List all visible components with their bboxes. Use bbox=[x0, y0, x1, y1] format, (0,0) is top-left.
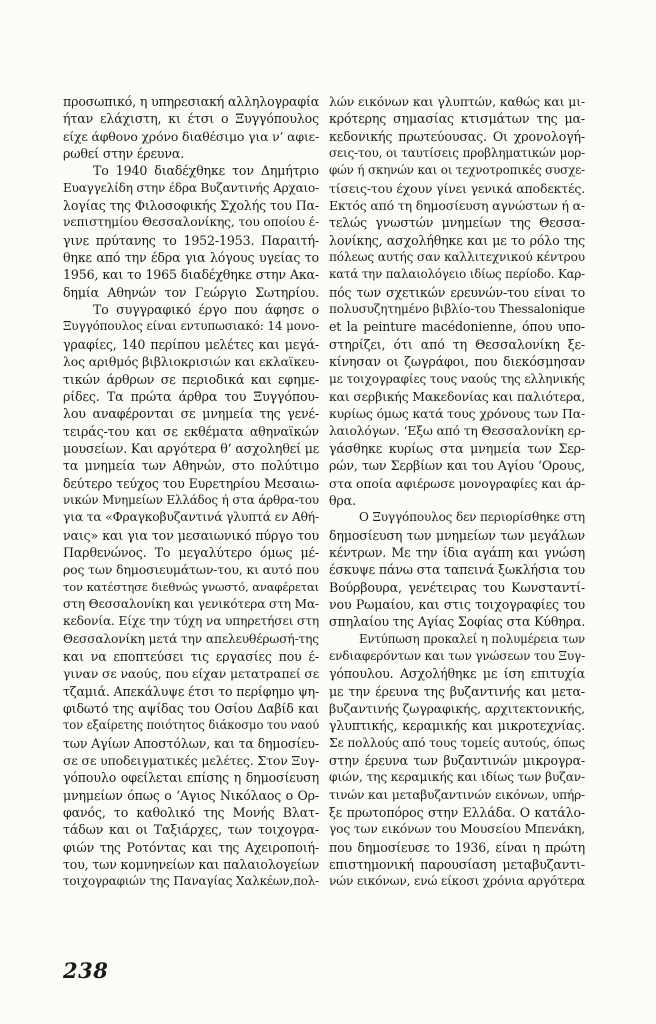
text-line: φών ή σκηνών και οι τεχνοτροπικές συσχε- bbox=[329, 162, 585, 179]
text-line: τελώς γνωστών μνημείων της Θεσσα- bbox=[329, 214, 585, 231]
text-line: φιών, της κεραμικής και ιδίως των βυζαν- bbox=[329, 769, 585, 786]
text-line: είχε άφθονο χρόνο διαθέσιμο για ν’ αφιε- bbox=[63, 128, 319, 145]
text-line: προσωπικό, η υπηρεσιακή αλληλογραφία bbox=[63, 93, 319, 110]
text-line: νεπιστημίου Θεσσαλονίκης, του οποίου έ- bbox=[63, 214, 319, 231]
text-line: ναις» και για τον μεσαιωνικό πύργο του bbox=[63, 527, 319, 544]
text-line: των Αγίων Αποστόλων, και τα δημοσίευ- bbox=[63, 735, 319, 752]
text-line: γάσθηκε κυρίως στα μνημεία των Σερ- bbox=[329, 440, 585, 457]
text-line: και σερβικής Μακεδονίας και παλιότερα, bbox=[329, 388, 585, 405]
text-line: γος των εικόνων του Μουσείου Μπενάκη, bbox=[329, 821, 585, 838]
text-line: Ευαγγελίδη στην έδρα Βυζαντινής Αρχαιο- bbox=[63, 180, 319, 197]
text-line: λου αναφέρονται σε μνημεία της γενέ- bbox=[63, 405, 319, 422]
text-line: τάδων και οι Ταξιάρχες, των τοιχογρα- bbox=[63, 821, 319, 838]
text-line: Εκτός από τη δημοσίευση αγνώστων ή α- bbox=[329, 197, 585, 214]
text-line: γραφίες, 140 περίπου μελέτες και μεγά- bbox=[63, 336, 319, 353]
text-line: κεδονικής πρωτεύουσας. Οι χρονολογή- bbox=[329, 128, 585, 145]
text-line: Το συγγραφικό έργο που άφησε ο bbox=[63, 301, 319, 318]
text-line: σεις-του, οι ταυτίσεις προβληματικών μορ… bbox=[329, 145, 585, 162]
text-line: Το 1940 διαδέχθηκε τον Δημήτριο bbox=[63, 162, 319, 179]
text-line: λονίκης, ασχολήθηκε και με το ρόλο της bbox=[329, 232, 585, 249]
text-line: επιστημονική παρουσίαση μεταβυζαντι- bbox=[329, 856, 585, 873]
text-line: νών εικόνων, ενώ είκοσι χρόνια αργότερα bbox=[329, 873, 585, 890]
text-line: δημία Αθηνών τον Γεώργιο Σωτηρίου. bbox=[63, 284, 319, 301]
text-line: μουσείων. Και αργότερα θ’ ασχοληθεί με bbox=[63, 440, 319, 457]
text-line: με τοιχογραφίες τους ναούς της ελληνικής bbox=[329, 371, 585, 388]
text-line: νικών Μνημείων Ελλάδος ή στα άρθρα-του bbox=[63, 492, 319, 509]
text-line: Θεσσαλονίκη μετά την απελευθέρωσή-της bbox=[63, 631, 319, 648]
right-text-column: λών εικόνων και γλυπτών, καθώς και μι-κρ… bbox=[329, 93, 585, 891]
text-line: λος αριθμός βιβλιοκρισιών και εκλαϊκευ- bbox=[63, 353, 319, 370]
text-line: πολυσυζητημένο βιβλίο-του Thessalonique bbox=[329, 301, 585, 318]
text-line: 1956, και το 1965 διαδέχθηκε στην Ακα- bbox=[63, 266, 319, 283]
text-line: στην έρευνα των βυζαντινών μικρογρα- bbox=[329, 752, 585, 769]
text-line: μνημείων όπως ο ‘Αγιος Νικόλαος ο Ορ- bbox=[63, 787, 319, 804]
left-text-column: προσωπικό, η υπηρεσιακή αλληλογραφίαήταν… bbox=[63, 93, 319, 891]
text-line: Εντύπωση προκαλεί η πολυμέρεια των bbox=[329, 631, 585, 648]
text-line: πόλεως αυτής σαν καλλιτεχνικού κέντρου bbox=[329, 249, 585, 266]
text-line: έσκυψε πάνω στα ταπεινά ξωκλήσια του bbox=[329, 561, 585, 578]
text-line: Παρθενώνος. Το μεγαλύτερο όμως μέ- bbox=[63, 544, 319, 561]
text-line: και να εποπτεύσει τις εργασίες που έ- bbox=[63, 648, 319, 665]
text-line: κατά την παλαιολόγειο ιδίως περίοδο. Καρ… bbox=[329, 266, 585, 283]
text-line: τειράς-του και σε εκθέματα αθηναϊκών bbox=[63, 423, 319, 440]
text-line: στηρίζει, ότι από τη Θεσσαλονίκη ξε- bbox=[329, 336, 585, 353]
text-line: τον εξαίρετης ποιότητος διάκοσμο του ναο… bbox=[63, 717, 319, 734]
text-line: λαιολόγων. ‘Εξω από τη Θεσσαλονίκη ερ- bbox=[329, 423, 585, 440]
text-line: φανός, το καθολικό της Μονής Βλατ- bbox=[63, 804, 319, 821]
text-line: ρών, των Σερβίων και του Αγίου ‘Ορους, bbox=[329, 457, 585, 474]
text-line: Βούρβουρα, γενέτειρας του Κωνσταντί- bbox=[329, 579, 585, 596]
text-line: τικών άρθρων σε περιοδικά και εφημε- bbox=[63, 371, 319, 388]
text-line: στη Θεσσαλονίκη και γενικότερα στη Μα- bbox=[63, 596, 319, 613]
text-line: με την έρευνα της βυζαντινής και μετα- bbox=[329, 683, 585, 700]
text-line: ενδιαφερόντων και των γνώσεων του Ξυγ- bbox=[329, 648, 585, 665]
text-line: λών εικόνων και γλυπτών, καθώς και μι- bbox=[329, 93, 585, 110]
text-line: λογίας της Φιλοσοφικής Σχολής του Πα- bbox=[63, 197, 319, 214]
text-line: Ξυγγόπουλος είναι εντυπωσιακό: 14 μονο- bbox=[63, 318, 319, 335]
text-line: στα οποία αφιέρωσε μονογραφίες και άρ- bbox=[329, 475, 585, 492]
text-line: τον κατέστησε διεθνώς γνωστό, αναφέρεται bbox=[63, 579, 319, 596]
text-line: γλυπτικής, κεραμικής και μικροτεχνίας. bbox=[329, 717, 585, 734]
text-line: για τα «Φραγκοβυζαντινά γλυπτά εν Αθή- bbox=[63, 509, 319, 526]
text-line: κεδονία. Είχε την τύχη να υπηρετήσει στη bbox=[63, 613, 319, 630]
text-line: κίνησαν οι ζωγράφοι, που διεκόσμησαν bbox=[329, 353, 585, 370]
text-line: του, των κομνηνείων και παλαιολογείων bbox=[63, 856, 319, 873]
text-line: ρωθεί στην έρευνα. bbox=[63, 145, 319, 162]
text-line: γόπουλο οφείλεται επίσης η δημοσίευση bbox=[63, 769, 319, 786]
text-line: τίσεις-του έχουν γίνει γενικά αποδεκτές. bbox=[329, 180, 585, 197]
text-line: βυζαντινής ζωγραφικής, αρχιτεκτονικής, bbox=[329, 700, 585, 717]
text-line: γιναν σε ναούς, που είχαν μετατραπεί σε bbox=[63, 665, 319, 682]
text-line: τζαμιά. Απεκάλυψε έτσι το περίφημο ψη- bbox=[63, 683, 319, 700]
text-line: θηκε από την έδρα για λόγους υγείας το bbox=[63, 249, 319, 266]
text-line: που δημοσίευσε το 1936, είναι η πρώτη bbox=[329, 839, 585, 856]
text-line: ρίδες. Τα πρώτα άρθρα του Ξυγγόπου- bbox=[63, 388, 319, 405]
text-line: φιδωτό της αψίδας του Οσίου Δαβίδ και bbox=[63, 700, 319, 717]
text-line: θρα. bbox=[329, 492, 585, 509]
text-line: Ο Ξυγγόπουλος δεν περιορίσθηκε στη bbox=[329, 509, 585, 526]
text-line: σπηλαίου της Αγίας Σοφίας στα Κύθηρα. bbox=[329, 613, 585, 630]
text-line: φιών της Ροτόντας και της Αχειροποιή- bbox=[63, 839, 319, 856]
text-line: ρος των δημοσιευμάτων-του, κι αυτό που bbox=[63, 561, 319, 578]
text-line: ήταν ελάχιστη, κι έτσι ο Ξυγγόπουλος bbox=[63, 110, 319, 127]
text-line: νου Ρωμαίου, και στις τοιχογραφίες του bbox=[329, 596, 585, 613]
text-line: Σε πολλούς από τους τομείς αυτούς, όπως bbox=[329, 735, 585, 752]
text-line: κρότερης σημασίας κτισμάτων της μα- bbox=[329, 110, 585, 127]
text-line: κέντρων. Με την ίδια αγάπη και γνώση bbox=[329, 544, 585, 561]
page-number: 238 bbox=[63, 958, 108, 983]
text-line: σε σε υποδειγματικές μελέτες. Στον Ξυγ- bbox=[63, 752, 319, 769]
text-line: τα μνημεία των Αθηνών, στο πολύτιμο bbox=[63, 457, 319, 474]
text-line: κυρίως όμως κατά τους χρόνους των Πα- bbox=[329, 405, 585, 422]
text-line: δημοσίευση των μνημείων των μεγάλων bbox=[329, 527, 585, 544]
text-line: δεύτερο τεύχος του Ευρετηρίου Μεσαιω- bbox=[63, 475, 319, 492]
text-line: πός των σχετικών ερευνών-του είναι το bbox=[329, 284, 585, 301]
text-line: τοιχογραφιών της Παναγίας Χαλκέων,πολ- bbox=[63, 873, 319, 890]
text-line: et la peinture macédonienne, όπου υπο- bbox=[329, 318, 585, 335]
text-line: τινών και μεταβυζαντινών εικόνων, υπήρ- bbox=[329, 787, 585, 804]
text-line: γινε πρύτανης το 1952-1953. Παραιτή- bbox=[63, 232, 319, 249]
text-line: ξε πρωτοπόρος στην Ελλάδα. Ο κατάλο- bbox=[329, 804, 585, 821]
text-line: γόπουλου. Ασχολήθηκε με ίση επιτυχία bbox=[329, 665, 585, 682]
book-page: προσωπικό, η υπηρεσιακή αλληλογραφίαήταν… bbox=[0, 0, 656, 1024]
